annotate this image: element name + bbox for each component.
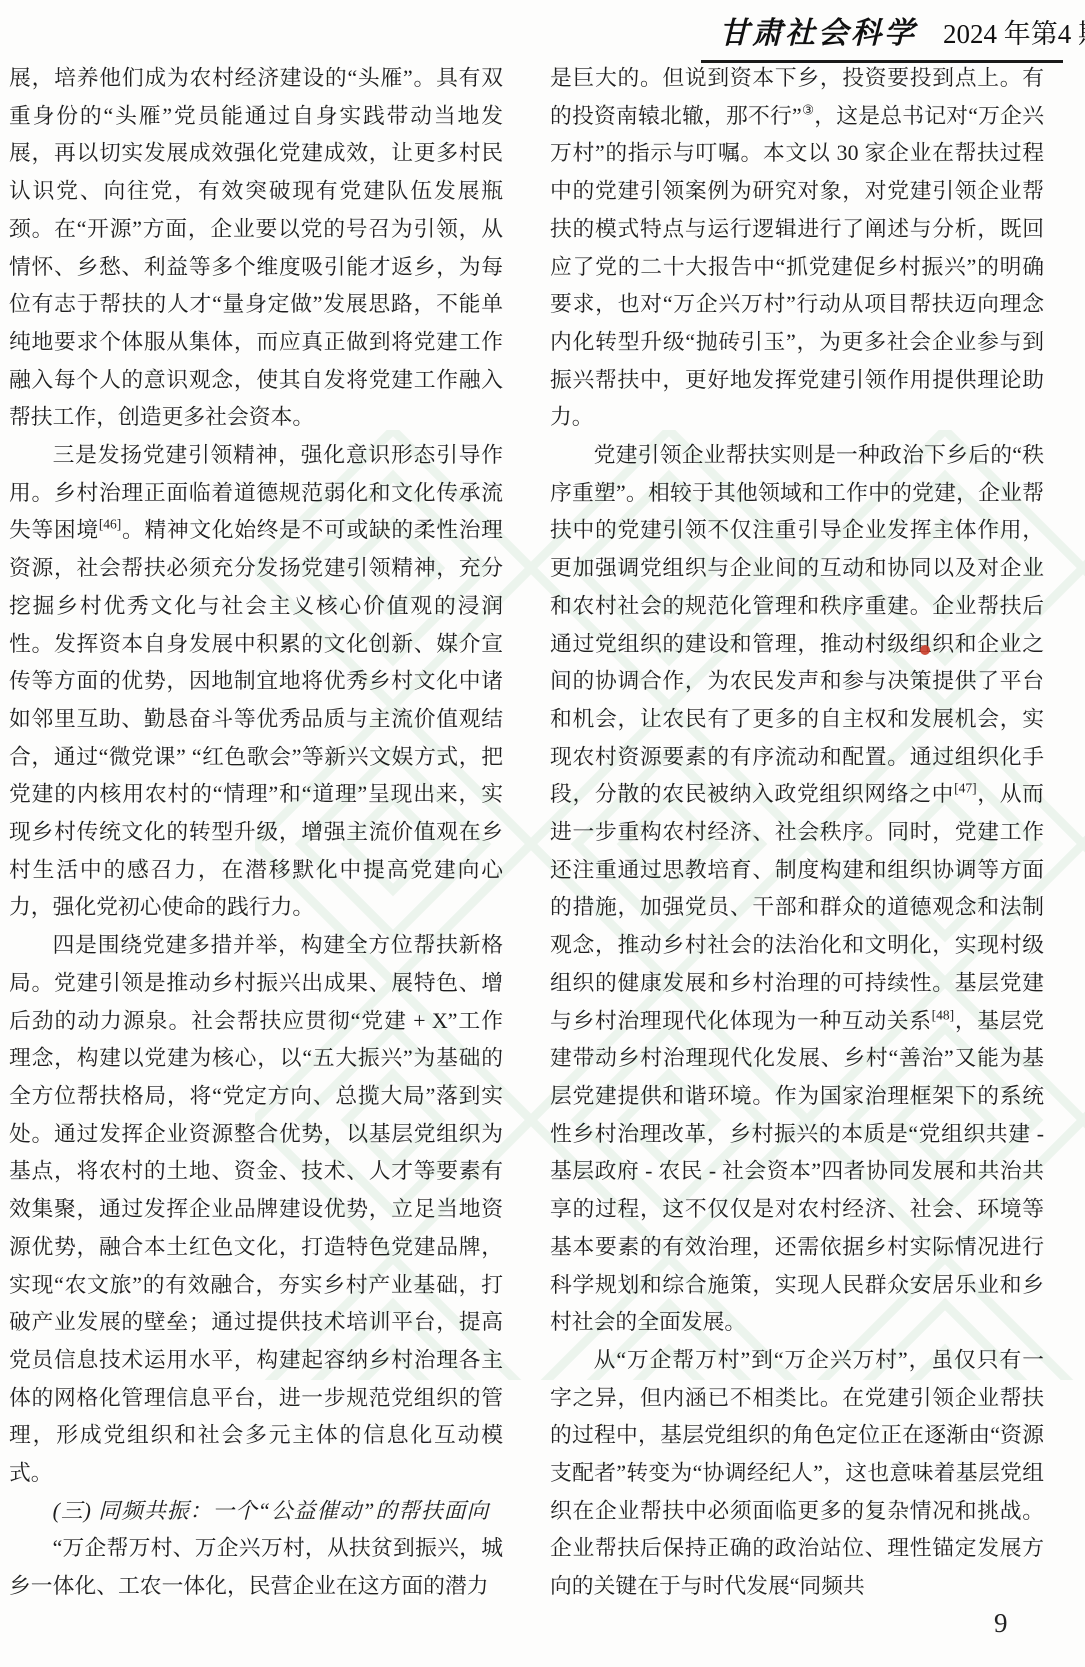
paragraph: 党建引领企业帮扶实则是一种政治下乡后的“秩序重塑”。相较于其他领域和工作中的党建… bbox=[550, 437, 1044, 1342]
paragraph: 是巨大的。但说到资本下乡，投资要投到点上。有的投资南辕北辙，那不行”③，这是总书… bbox=[550, 60, 1044, 437]
right-column: 是巨大的。但说到资本下乡，投资要投到点上。有的投资南辕北辙，那不行”③，这是总书… bbox=[550, 60, 1044, 1612]
left-column: 展，培养他们成为农村经济建设的“头雁”。具有双重身份的“头雁”党员能通过自身实践… bbox=[9, 60, 503, 1612]
paragraph: 四是围绕党建多措并举，构建全方位帮扶新格局。党建引领是推动乡村振兴出成果、展特色… bbox=[9, 927, 503, 1493]
header-rule: 甘肃社会科学 2024 年第4 期 bbox=[701, 6, 1063, 63]
section-heading: (三) 同频共振：一个“公益催动”的帮扶面向 bbox=[9, 1493, 503, 1531]
paragraph: “万企帮万村、万企兴万村，从扶贫到振兴，城乡一体化、工农一体化，民营企业在这方面… bbox=[9, 1530, 503, 1605]
issue-label: 2024 年第4 期 bbox=[943, 12, 1085, 51]
paragraph: 三是发扬党建引领精神，强化意识形态引导作用。乡村治理正面临着道德规范弱化和文化传… bbox=[9, 437, 503, 927]
footnote-ref: ③ bbox=[802, 102, 815, 117]
page-number: 9 bbox=[994, 1608, 1008, 1639]
footnote-ref: [46] bbox=[99, 517, 122, 532]
footnote-ref: [47] bbox=[954, 781, 977, 796]
journal-title: 甘肃社会科学 bbox=[719, 8, 917, 52]
red-dot-artifact bbox=[920, 645, 930, 655]
paragraph: 从“万企帮万村”到“万企兴万村”，虽仅只有一字之异，但内涵已不相类比。在党建引领… bbox=[550, 1342, 1044, 1606]
paragraph: 展，培养他们成为农村经济建设的“头雁”。具有双重身份的“头雁”党员能通过自身实践… bbox=[9, 60, 503, 437]
footnote-ref: [48] bbox=[932, 1007, 955, 1022]
page: 甘肃社会科学 2024 年第4 期 展，培养他们成为农村经济建设的“头雁”。具有… bbox=[0, 0, 1085, 1667]
article-body: 展，培养他们成为农村经济建设的“头雁”。具有双重身份的“头雁”党员能通过自身实践… bbox=[9, 60, 1044, 1612]
